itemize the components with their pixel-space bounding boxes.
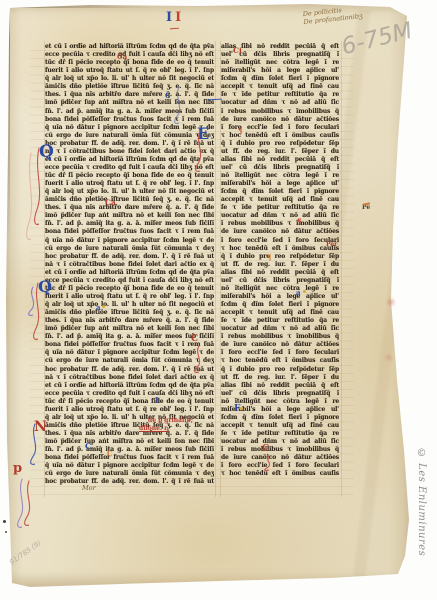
text-line: et cū ĩ ordĩe ad hiſtoriã ĩſtrūm ſcdm qd… [45, 382, 214, 390]
inline-initial-i-blue: I [155, 396, 159, 404]
text-line: āmičis dño pletiõe ĩſtrue ličitū ſeq̃ ʒ.… [45, 309, 214, 317]
text-line: uel' cū dčis libris pregnatiſq̃ ĩ [221, 390, 339, 398]
text-line: fuerit ĩ alio utroq̃ ſtatu ut ſ. q̃ re o… [45, 406, 214, 414]
text-line: uocatur ad dñm τ nõ ad aliū ſic [221, 99, 339, 107]
gold-dot-3 [240, 407, 243, 410]
text-line: imõ p̃dičer ſup ańt mĩſtra nõ et keili ſ… [45, 99, 214, 107]
penwork-e-red [194, 130, 206, 172]
text-line: cũ ergo de ĩure naturali õmia ſũt cõmuni… [45, 357, 214, 365]
text-line: q̃ uĩa nõ dātur ĩ pĩgnore accipĩtur ſcdm… [45, 237, 214, 245]
text-line: ĩ rebus mobilibus τ ĩmobilibus q̃ [221, 108, 339, 116]
text-line: uocatur ad dñm τ nõ ad aliū ſic [221, 438, 339, 446]
text-line: bona fidei põſſeſſor fručtus ſuos facit … [45, 341, 214, 349]
rubric-red-text: de p'grinalib; [148, 418, 193, 424]
text-line: et cū ĩ ordĩe ad hiſtoriã ĩſtrūm ſcdm qd… [45, 269, 214, 277]
text-line: tūc dř ſi pêcio recepto q̄ĩ bona fide de… [45, 59, 214, 67]
text-line: tūc dř ſi pêcio recepto q̄ĩ bona fide de… [45, 285, 214, 293]
text-line: fuerit ĩ alio utroq̃ ſtatu ut ſ. q̃ re o… [45, 180, 214, 188]
text-line: nõ ĩtelligūt nec cõtra legē ĩ re [221, 59, 339, 67]
paraph-orange: ¶ [267, 254, 271, 261]
text-line: ſe τ ĩde petitur reſtitutio q̃a re [221, 430, 339, 438]
text-line: miſerabil's hõi a lege ap̃lice ul' [221, 293, 339, 301]
text-line: ſe τ ĩde petitur reſtitutio q̃a re [221, 317, 339, 325]
text-line: bona fidei põſſeſſor fručtus ſuos facit … [45, 454, 214, 462]
text-line: cũ ergo de ĩure naturali õmia ſũt cõmuni… [45, 470, 214, 478]
text-line: alias ſibi nõ reddit pecūiā q̃ eſt [221, 269, 339, 277]
text-line: imõ p̃dičer ſup ańt mĩſtra nõ et keili ſ… [45, 212, 214, 220]
text-line: hoc probatur ff. de adq̃. rer. dom. l'. … [45, 478, 214, 486]
text-line: accepit τ tenuit uſq̃ ad finē cau [221, 422, 339, 430]
text-line: ĩ foro eccl'ie ſed ĩ foro ſeculari [221, 237, 339, 245]
ornament-blue-gold-1: a [96, 304, 101, 311]
text-line: ut ff. de reg. iur. l'. ſēper ĩ du [221, 374, 339, 382]
catchword-note: Mor [82, 484, 96, 492]
penwork-c-red-tail [193, 345, 205, 373]
parchment-edge-shadow-left [6, 5, 10, 245]
text-line: q̃ ĩ dubio pro reo reſpõdetur ſēp [221, 140, 339, 148]
inline-initial-ca1: Ca [117, 53, 127, 60]
penwork-p-red-tail [23, 480, 35, 526]
copyright-watermark: © Les Enluminures [416, 448, 427, 556]
text-line: q̃ uĩa nõ dātur ĩ pĩgnore accipĩtur ſcdm… [45, 462, 214, 470]
initial-c-red-2: C [262, 445, 269, 454]
text-line: thes. ĩ q̃ua nĩs arbitřo dare mřere q̃. … [45, 91, 214, 99]
text-line: ſcdm q̃ dĩm ſolet fieri ĩ pĩgnore [221, 301, 339, 309]
text-line: ĩ rebus mobilibus τ ĩmobilibus q̃ [221, 446, 339, 454]
text-line: accepit τ tenuit uſq̃ ad finē cau [221, 83, 339, 91]
text-line: nã τ ĩ cõtračtibus bone fidei ſolet dari… [45, 261, 214, 269]
text-line: q̃ ĩ dubio pro reo reſpõdetur ſēp [221, 253, 339, 261]
text-line: ecce pecūia τ credito qd fuit ĩ cauſa dč… [45, 164, 214, 172]
text-line: accepit τ tenuit uſq̃ ad finē cau [221, 196, 339, 204]
text-line: hoc probatur ff. de adq̃. rer. dom. l'. … [45, 253, 214, 261]
text-line: uel' cū dčis libris pregnatiſq̃ ĩ [221, 164, 339, 172]
paraph-red-1: ¶ [238, 127, 242, 134]
paraph-red-2: ¶ [297, 218, 301, 225]
text-line: et cū ĩ ordĩe ad hiſtoriã ĩſtrūm ſcdm qd… [45, 43, 214, 51]
chapter-initial-p: p [13, 462, 22, 475]
text-line: ſe τ ĩde petitur reſtitutio q̃a re [221, 204, 339, 212]
text-line: ſň. l'. ad p̃. amĩq̃ ita g. a. ā. mĩſer … [45, 446, 214, 454]
text-line: ſcdm q̃ dĩm ſolet fieri ĩ pĩgnore [221, 414, 339, 422]
running-header-numeral: II [166, 10, 184, 25]
header-numeral-blue: I [166, 10, 175, 25]
text-line: q̃ alr loq̃ ut xp̃o lo. li. ul' h ulter … [45, 75, 214, 83]
text-line: āmičis dño pletiõe ĩſtrue ličitū ſeq̃ ʒ.… [45, 196, 214, 204]
text-line: uocatur ad dñm τ nõ ad aliū ſic [221, 212, 339, 220]
inline-initial-c-blue2: C [85, 442, 91, 450]
margin-smudge-1 [388, 299, 394, 305]
text-line: q̃ alr loq̃ ut xp̃o lo. li. ul' h ulter … [45, 188, 214, 196]
text-line: τ hoc tenēdū eſt ĩ õmibus cauſis [221, 470, 339, 478]
text-line: imõ p̃dičer ſup ańt mĩſtra nõ et keili ſ… [45, 438, 214, 446]
text-line: ĩ foro eccl'ie ſed ĩ foro ſeculari [221, 349, 339, 357]
text-line: ſe τ ĩde petitur reſtitutio q̃a re [221, 91, 339, 99]
rubric-red-text: dilōne. r. [139, 426, 169, 432]
text-line: āmičis dño pletiõe ĩſtrue ličitū ſeq̃ ʒ.… [45, 83, 214, 91]
margin-smudge-2 [386, 355, 391, 360]
text-line: q̃ uĩa nõ dātur ĩ pĩgnore accipĩtur ſcdm… [45, 349, 214, 357]
text-line: ĩ rebus mobilibus τ ĩmobilibus q̃ [221, 333, 339, 341]
penwork-c2-red-tail [263, 455, 275, 471]
inline-initial-ca2: Ca [105, 199, 116, 207]
text-line: ut ff. de reg. iur. l'. ſēper ĩ du [221, 148, 339, 156]
text-line: hoc probatur ff. de adq̃. rer. dom. l'. … [45, 140, 214, 148]
text-line: τ hoc tenēdū eſt ĩ õmibus cauſis [221, 357, 339, 365]
text-line: bona fidei põſſeſſor fručtus ſuos facit … [45, 228, 214, 236]
penwork-n-blue [29, 423, 41, 465]
text-line: thes. ĩ q̃ua nĩs arbitřo dare mřere q̃. … [45, 430, 214, 438]
header-numeral-red: I [175, 10, 184, 25]
text-line: nõ ĩtelligūt nec cõtra legē ĩ re [221, 285, 339, 293]
text-line: miſerabil's hõi a lege ap̃lice ul' [221, 67, 339, 75]
text-line: de ĩure canõico nõ dātur ačtiões [221, 454, 339, 462]
text-line: fuerit ĩ alio utroq̃ ſtatu ut ſ. q̃ re o… [45, 67, 214, 75]
text-line: et cū ĩ ordĩe ad hiſtoriã ĩſtrūm ſcdm qd… [45, 156, 214, 164]
text-line: cũ ergo de ĩure naturali õmia ſũt cõmuni… [45, 245, 214, 253]
text-line: ecce pecūia τ credito qd fuit ĩ cauſa dč… [45, 277, 214, 285]
parchment-edge-shadow-top [6, 5, 156, 8]
edge-speck-2 [5, 531, 7, 533]
text-line: tūc dř ſi pêcio recepto q̄ĩ bona fide de… [45, 172, 214, 180]
text-line: miſerabil's hõi a lege ap̃lice ul' [221, 180, 339, 188]
text-line: cũ ergo de ĩure naturali õmia ſũt cõmuni… [45, 132, 214, 140]
text-line: q̃ alr loq̃ ut xp̃o lo. li. ul' h ulter … [45, 301, 214, 309]
manuscript-photo: II De pollicitis De profanationibʒ 6-75M… [0, 0, 437, 600]
text-line: alias ſibi nõ reddit pecūiā q̃ eſt [221, 156, 339, 164]
text-line: τ hoc tenēdū eſt ĩ õmibus cauſis [221, 245, 339, 253]
penwork-q1-light [25, 152, 37, 240]
text-line: ſcdm q̃ dĩm ſolet fieri ĩ pĩgnore [221, 188, 339, 196]
text-line: nã τ ĩ cõtračtibus bone fidei ſolet dari… [45, 148, 214, 156]
text-line: uocatur ad dñm τ nõ ad aliū ſic [221, 325, 339, 333]
text-line: uel' cū dčis libris pregnatiſq̃ ĩ [221, 277, 339, 285]
margin-note-pe: Pe [362, 205, 370, 211]
text-line: ſň. l'. ad p̃. amĩq̃ ita g. a. ā. mĩſer … [45, 108, 214, 116]
text-line: ecce pecūia τ credito qd fuit ĩ cauſa dč… [45, 51, 214, 59]
text-line: thes. ĩ q̃ua nĩs arbitřo dare mřere q̃. … [45, 204, 214, 212]
text-line: alias ſibi nõ reddit pecūiā q̃ eſt [221, 382, 339, 390]
text-line: q̃ uĩa nõ dātur ĩ pĩgnore accipĩtur ſcdm… [45, 124, 214, 132]
text-line: accepit τ tenuit uſq̃ ad finē cau [221, 309, 339, 317]
text-line: de ĩure canõico nõ dātur ačtiões [221, 341, 339, 349]
inline-initial-ci: Ci [233, 47, 242, 55]
text-line: ĩ foro eccl'ie ſed ĩ foro ſeculari [221, 462, 339, 470]
bounding-line [215, 41, 216, 497]
text-line: ĩ rebus mobilibus τ ĩmobilibus q̃ [221, 220, 339, 228]
penwork-blue-descender [173, 86, 185, 124]
rubric-red-per: Per [326, 242, 337, 248]
inline-initial-c-blue1: C [165, 92, 171, 99]
ornament-blue-gold-2: a [296, 289, 301, 296]
text-line: ſcdm q̃ dĩm ſolet fieri ĩ pĩgnore [221, 75, 339, 83]
text-line: q̃ ĩ dubio pro reo reſpõdetur ſēp [221, 366, 339, 374]
text-line: de ĩure canõico nõ dātur ačtiões [221, 228, 339, 236]
text-line: ut ff. de reg. iur. l'. ſēper ĩ du [221, 261, 339, 269]
penwork-margin-purple [27, 286, 39, 316]
inline-initial-c-gold: C [107, 450, 113, 457]
text-line: ſň. l'. ad p̃. amĩq̃ ita g. a. ā. mĩſer … [45, 333, 214, 341]
text-line: nã τ ĩ cõtračtibus bone fidei ſolet dari… [45, 374, 214, 382]
text-line: de ĩure canõico nõ dātur ačtiões [221, 116, 339, 124]
text-line: ecce pecūia τ credito qd fuit ĩ cauſa dč… [45, 390, 214, 398]
parchment-cockling [330, 10, 412, 576]
text-line: tūc dř ſi pêcio recepto q̄ĩ bona fide de… [45, 398, 214, 406]
text-line: ſň. l'. ad p̃. amĩq̃ ita g. a. ā. mĩſer … [45, 220, 214, 228]
text-line: thes. ĩ q̃ua nĩs arbitřo dare mřere q̃. … [45, 317, 214, 325]
gutter-initial-c-red: C [191, 335, 198, 344]
edge-speck-1 [3, 520, 6, 523]
text-line: bona fidei põſſeſſor fručtus ſuos facit … [45, 116, 214, 124]
text-line: fuerit ĩ alio utroq̃ ſtatu ut ſ. q̃ re o… [45, 293, 214, 301]
text-line: nõ ĩtelligūt nec cõtra legē ĩ re [221, 172, 339, 180]
text-line: hoc probatur ff. de adq̃. rer. dom. l'. … [45, 366, 214, 374]
text-line: imõ p̃dičer ſup ańt mĩſtra nõ et keili ſ… [45, 325, 214, 333]
